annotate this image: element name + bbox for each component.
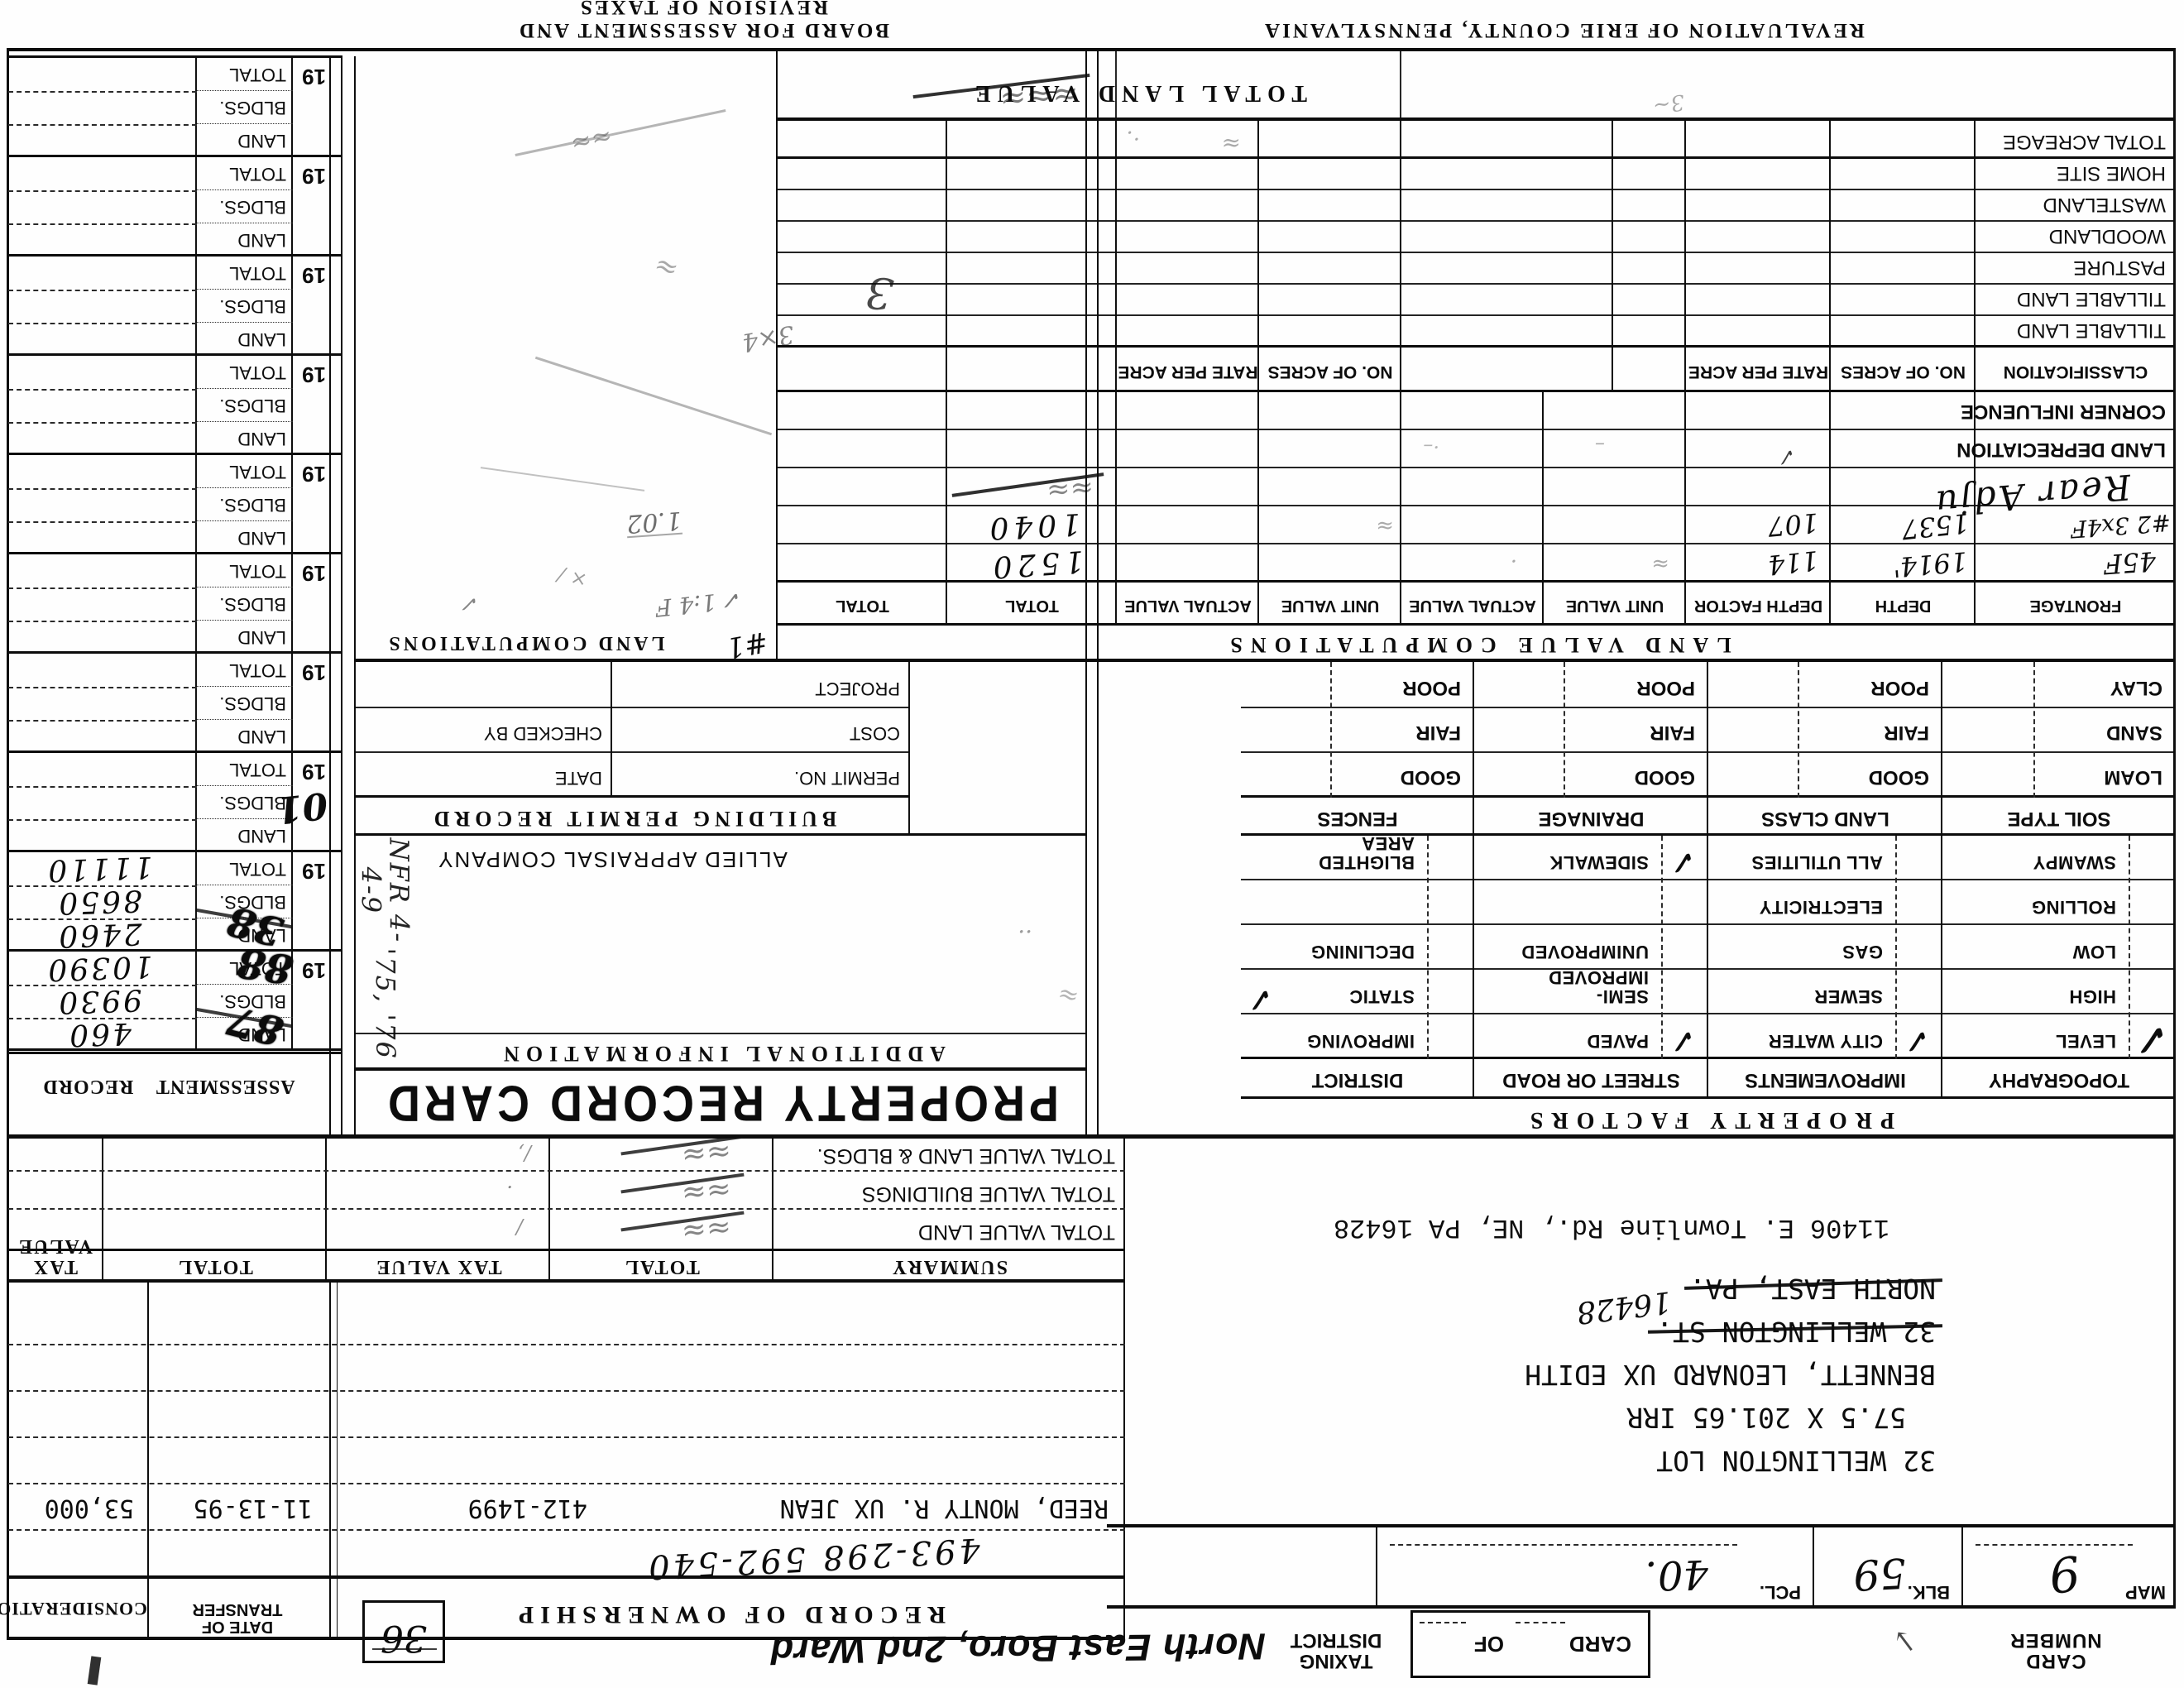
blk-value: 59: [1852, 1551, 1907, 1597]
rule: [7, 50, 9, 1640]
rule: [7, 1249, 1125, 1251]
soil-sub-divider: [1564, 662, 1565, 798]
assessment-value-total: 11110: [16, 850, 182, 887]
factor-option-2-1: GAS: [1842, 942, 1883, 961]
rule: [1115, 392, 1117, 626]
rule: [778, 284, 2176, 285]
assessment-row-label: LAND: [237, 429, 286, 448]
lvc-col-header-2: DEPTH FACTOR: [1686, 597, 1831, 614]
rule: [481, 467, 644, 492]
dashed-rule: [8, 1170, 1125, 1172]
rule: [329, 1283, 331, 1640]
lvc-col-header-3: UNIT VALUE: [1544, 597, 1686, 614]
rule: [1241, 1096, 2176, 1099]
card-number-label: CARD NUMBER: [1985, 1630, 2126, 1671]
rule: [1829, 121, 1831, 392]
soil-sub-divider: [2033, 662, 2035, 798]
rule: [1241, 1014, 2176, 1015]
dashed-rule: [8, 621, 197, 622]
additional-information-title: ADDITIONAL INFORMATION: [356, 1041, 1087, 1066]
dashed-rule: [1976, 1544, 2133, 1546]
permit-left-field-2: PROJECT: [815, 679, 900, 698]
rule: [1241, 795, 2176, 798]
rule: [7, 55, 342, 58]
factor-option-4-1: ALL UTILITIES: [1751, 853, 1883, 872]
dashed-rule: [1390, 1544, 1737, 1546]
assessment-value-land: 460: [16, 1015, 182, 1053]
legal-line-3: BENNETT, LEONARD UX EDITH: [1525, 1360, 1936, 1388]
dashed-rule: [197, 289, 293, 290]
assessment-row-label: TOTAL: [229, 65, 286, 84]
soil-sub-divider: [1798, 662, 1799, 798]
dashed-rule: [8, 223, 197, 225]
summary-col-header-3: TOTAL: [103, 1256, 327, 1277]
dashed-rule: [197, 322, 293, 323]
class-col-header-3: NO. OF ACRES: [1259, 362, 1401, 381]
dashed-rule: [197, 719, 293, 720]
dashed-rule: [197, 686, 293, 687]
soil-cell-1-0: SAND: [2106, 722, 2162, 743]
summary-col-header-4: TAX VALUE: [7, 1235, 103, 1277]
class-col-header-2: RATE PER ACRE: [1686, 362, 1831, 381]
factors-col-header-0: TOPOGRAPHY: [1942, 1070, 2176, 1091]
soil-cell-2-0: CLAY: [2110, 678, 2162, 698]
dashed-rule: [197, 123, 293, 124]
rule: [1813, 1527, 1814, 1609]
assessment-row-label: TOTAL: [229, 264, 286, 283]
factor-option-4-0: SWAMPY: [2033, 853, 2116, 872]
rule: [1829, 392, 1831, 626]
rule: [1257, 121, 1259, 392]
lvc-col-header-6: ACTUAL VALUE: [1117, 597, 1259, 614]
pcl-label: PCL.: [1760, 1583, 1801, 1602]
summary-row-label-2: TOTAL VALUE LAND & BLDGS.: [817, 1145, 1115, 1167]
rule: [1123, 1138, 1125, 1640]
lvc-row0-depth: 1914': [1891, 547, 1968, 581]
rule: [356, 1067, 1087, 1071]
rule: [7, 1279, 1125, 1283]
dashed-rule: [8, 422, 197, 424]
class-col-header-0: CLASSIFICATION: [1976, 362, 2176, 381]
soil-col-header-2: DRAINAGE: [1474, 808, 1708, 829]
assessment-row-label: BLDGS.: [219, 396, 286, 415]
soil-col-header-1: LAND CLASS: [1708, 808, 1942, 829]
class-faint-1: ≈: [1222, 132, 1241, 156]
dashed-rule: [197, 487, 293, 488]
lvc-col-header-4: ACTUAL VALUE: [1401, 597, 1544, 614]
lvc-faint-2: ·: [1511, 549, 1517, 571]
rule: [1085, 50, 1087, 1139]
dashed-rule: [197, 520, 293, 521]
assessment-row-label: BLDGS.: [219, 496, 286, 515]
assessment-row-label: TOTAL: [229, 760, 286, 779]
rule: [1400, 392, 1401, 626]
factor-option-2-2: UNIMPROVED: [1521, 942, 1649, 961]
factor-option-3-1: ELECTRICITY: [1759, 898, 1883, 917]
summary-taxvalue-mark-0: /: [516, 1216, 523, 1237]
dashed-rule: [8, 1529, 1125, 1531]
soil-cell-1-2: FAIR: [1650, 722, 1695, 743]
factor-option-1-2: SEMI- IMPROVED: [1549, 968, 1649, 1006]
assessment-record-title: ASSESSMENT RECORD: [7, 1075, 331, 1097]
map-value: 9: [2047, 1547, 2082, 1599]
rule: [778, 623, 2176, 626]
rule: [7, 1575, 1125, 1579]
rule: [7, 453, 342, 455]
factor-option-2-3: DECLINING: [1311, 942, 1415, 961]
rule: [778, 156, 2176, 159]
class-col-header-4: RATE PER ACRE: [1117, 362, 1259, 381]
lvc-row0-depth-factor: 114: [1766, 545, 1819, 578]
rule: [7, 155, 342, 157]
rule: [1707, 662, 1708, 1099]
rule: [778, 189, 2176, 191]
class-row-label-3: WOODLAND: [2049, 226, 2166, 247]
dashed-rule: [8, 124, 197, 126]
class-row-label-4: WASTELAND: [2043, 194, 2166, 215]
cell-sub-divider: [1427, 836, 1429, 1059]
footer-board-line: BOARD FOR ASSESSMENT AND REVISION OF TAX…: [463, 0, 943, 41]
soil-cell-1-1: FAIR: [1884, 722, 1929, 743]
rule: [1115, 51, 1117, 121]
land-computations-box-title: LAND COMPUTATIONS: [356, 631, 695, 654]
blk-label: BLK.: [1908, 1583, 1950, 1602]
dashed-rule: [8, 687, 197, 688]
rule: [1241, 752, 2176, 754]
cell-sub-divider: [1895, 836, 1897, 1059]
rule: [356, 752, 910, 754]
soil-sub-divider: [1330, 662, 1332, 798]
dashed-rule: [197, 885, 293, 885]
soil-cell-0-3: GOOD: [1401, 767, 1461, 788]
factor-option-4-2: SIDEWALK: [1549, 853, 1649, 872]
soil-col-header-3: FENCES: [1241, 808, 1474, 829]
rule: [1107, 1524, 2176, 1527]
rule: [7, 1052, 342, 1054]
rule: [1400, 51, 1401, 121]
taxing-district-stamp: North East Boro, 2nd Ward: [770, 1624, 1267, 1671]
property-factors-title: PROPERTY FACTORS: [1241, 1106, 2176, 1133]
soil-col-header-0: SOIL TYPE: [1942, 808, 2176, 829]
rule: [1961, 1527, 1963, 1609]
assessment-row-label: BLDGS.: [219, 694, 286, 713]
rule: [611, 662, 612, 798]
assessment-value-bldgs: 8650: [16, 883, 182, 920]
rule: [356, 1033, 1087, 1034]
lvc-col-header-8: TOTAL: [778, 597, 947, 614]
rule: [1241, 969, 2176, 971]
rule: [778, 468, 2176, 469]
rule: [7, 254, 342, 257]
dashed-rule: [8, 1390, 1125, 1392]
summary-col-header-0: SUMMARY: [773, 1256, 1125, 1277]
class-col-header-1: NO. OF ACRES: [1831, 362, 1976, 381]
lvc-row1-total: 1040: [984, 507, 1080, 544]
factors-col-header-1: IMPROVEMENTS: [1708, 1070, 1942, 1091]
rule: [341, 56, 342, 1139]
assessment-empty-year-note: 01: [275, 785, 330, 828]
assessment-row-label: TOTAL: [229, 562, 286, 581]
property-record-card-rotated-180: PROPERTY RECORD CARD PROPERTY FACTORS RE…: [0, 0, 2184, 1688]
rule: [356, 707, 910, 709]
check-mark-paved: ✓: [1670, 1023, 1699, 1057]
summary-row-label-0: TOTAL VALUE LAND: [918, 1221, 1115, 1243]
rule: [7, 750, 342, 753]
rule: [1941, 662, 1942, 1099]
rule: [1974, 121, 1976, 392]
dashed-rule: [8, 1344, 1125, 1345]
map-label: MAP: [2125, 1583, 2166, 1602]
pointer-scribble: ↘: [1890, 1623, 1919, 1658]
stray-ink-mark: [88, 1656, 102, 1685]
ownership-date-header: DATE OF TRANSFER: [151, 1600, 324, 1635]
assessment-row-label: TOTAL: [229, 463, 286, 482]
rule: [1400, 121, 1401, 392]
soil-cell-2-3: POOR: [1402, 678, 1461, 698]
lcb-scribble-3: 3: [864, 268, 896, 316]
rule: [778, 315, 2176, 317]
factor-option-1-0: HIGH: [2069, 987, 2116, 1006]
ownership-row-instrument: 412-1499: [468, 1495, 588, 1522]
dashed-rule: [8, 819, 197, 821]
assessment-row-label: LAND: [237, 330, 286, 349]
dashed-rule: [197, 189, 293, 190]
class-row-label-5: HOME SITE: [2057, 163, 2166, 184]
dashed-rule: [8, 190, 197, 192]
rule: [356, 795, 910, 798]
dashed-rule: [8, 1436, 1125, 1438]
lvc-col-header-5: UNIT VALUE: [1259, 597, 1401, 614]
rule: [778, 390, 2176, 392]
rule: [946, 121, 947, 392]
factor-option-1-3: STATIC: [1349, 987, 1415, 1006]
permit-left-field-1: COST: [850, 724, 900, 743]
lvc-row0-frontage: 45F: [2103, 546, 2157, 578]
lcb-scribble-check: ✓ 1:4 F: [654, 587, 744, 620]
rule: [778, 429, 2176, 431]
assessment-year-prefix: 19: [302, 860, 326, 882]
assessment-year-prefix: 19: [302, 264, 326, 286]
soil-cell-0-2: GOOD: [1635, 767, 1695, 788]
dashed-rule: [197, 90, 293, 91]
card-main-title: PROPERTY RECORD CARD: [356, 1074, 1087, 1133]
assessment-value-total: 10390: [16, 949, 182, 986]
rule: [776, 51, 778, 662]
permit-right-field-0: DATE: [555, 769, 602, 788]
assessment-value-bldgs: 9930: [16, 982, 182, 1019]
rule: [1241, 707, 2176, 709]
lvc-row1-depth-factor: 107: [1767, 508, 1820, 540]
dashed-rule: [197, 620, 293, 621]
legal-line-2: 57.5 X 201.65 IRR: [1626, 1403, 1906, 1431]
assessment-year-prefix: 19: [302, 562, 326, 584]
assessment-year-prefix: 19: [302, 463, 326, 485]
summary-col-header-2: TAX VALUE: [327, 1256, 550, 1277]
check-mark-sidewalk: ✓: [1670, 844, 1699, 878]
lvc-col-header-7: TOTAL: [947, 597, 1117, 614]
rule: [1241, 833, 2176, 836]
rule: [354, 56, 356, 1139]
factors-col-header-2: STREET OR ROAD: [1474, 1070, 1708, 1091]
assessment-year-note: NFR 4-4-9: [357, 824, 412, 957]
dashed-rule: [8, 488, 197, 490]
lvc-col-header-1: DEPTH: [1831, 597, 1976, 614]
factors-col-header-3: DISTRICT: [1241, 1070, 1474, 1091]
factor-option-3-0: ROLLING: [2032, 898, 2117, 917]
rule: [1473, 662, 1474, 1099]
dashed-rule: [1516, 1622, 1565, 1623]
card-of-of-label: OF: [1474, 1633, 1504, 1655]
rule: [778, 117, 2176, 121]
rule: [1107, 1605, 2176, 1609]
permit-left-field-0: PERMIT NO.: [794, 769, 900, 788]
factor-option-0-0: LEVEL: [2056, 1032, 2116, 1051]
factor-option-4-3: BLIGHTED AREA: [1319, 834, 1415, 872]
assessment-row-label: LAND: [237, 529, 286, 548]
legal-line-1: 32 WELLINGTON LOT: [1656, 1446, 1936, 1475]
assessment-row-label: TOTAL: [229, 860, 286, 879]
rule: [372, 1648, 437, 1650]
rule: [1376, 1527, 1377, 1609]
rule: [535, 357, 772, 436]
addl-faint-scribble-2: ··: [1018, 919, 1032, 943]
rule: [946, 392, 947, 626]
assessment-row-label: TOTAL: [229, 661, 286, 680]
rule: [1257, 392, 1259, 626]
rule: [7, 1134, 2176, 1139]
lvc-faint-5: ·–: [1423, 436, 1439, 457]
lvc-faint-3: ≈: [1376, 514, 1394, 536]
soil-cell-2-1: POOR: [1870, 678, 1929, 698]
dashed-rule: [197, 421, 293, 422]
rule: [778, 221, 2176, 223]
retyped-address-line: 11406 E. Townline Rd., NE, PA 16428: [1334, 1213, 1889, 1241]
appraisal-company-line: ALLIED APPRAISAL COMPANY: [381, 846, 844, 872]
rule: [1241, 1057, 2176, 1059]
dashed-rule: [8, 91, 197, 93]
rule: [7, 353, 342, 356]
assessment-year-prefix: 19: [302, 165, 326, 187]
assessment-row-label: BLDGS.: [219, 297, 286, 316]
rule: [778, 252, 2176, 254]
dashed-rule: [8, 786, 197, 788]
rule: [7, 552, 342, 554]
rule: [337, 1283, 338, 1640]
card-of-card-label: CARD: [1569, 1633, 1631, 1655]
assessment-row-label: LAND: [237, 231, 286, 250]
dashed-rule: [8, 323, 197, 324]
class-row-label-0: TILLABLE LAND: [2017, 320, 2166, 341]
rule: [778, 345, 2176, 348]
dashed-rule: [197, 388, 293, 389]
factor-option-0-1: CITY WATER: [1768, 1032, 1883, 1051]
addl-faint-scribble-1: ≈: [1055, 980, 1081, 1010]
dashed-rule: [8, 1208, 1125, 1210]
check-mark-level: ✓: [2136, 1017, 2174, 1062]
class-row-label-1: TILLABLE LAND: [2017, 289, 2166, 309]
assessment-row-label: BLDGS.: [219, 98, 286, 117]
summary-taxvalue-mark-2: /,: [518, 1143, 531, 1163]
dashed-rule: [8, 1483, 1125, 1484]
rule: [147, 1283, 149, 1640]
class-row-label-6: TOTAL ACREAGE: [2003, 132, 2166, 152]
rule: [1241, 924, 2176, 926]
rule: [356, 833, 1087, 836]
footer-revaluation-line: REVALUATION OF ERIE COUNTY, PENNSYLVANIA: [1191, 18, 1936, 41]
rule: [356, 659, 2176, 662]
assessment-year-prefix: 19: [302, 363, 326, 386]
dashed-rule: [8, 720, 197, 722]
rule: [1684, 392, 1686, 626]
lcb-number: #1: [724, 626, 770, 662]
summary-row-label-1: TOTAL VALUE BUILDINGS: [862, 1183, 1115, 1205]
assessment-year-prefix: 19: [302, 661, 326, 683]
rule: [1115, 121, 1117, 392]
rule: [1612, 121, 1613, 392]
corner-influence-label: CORNER INFLUENCE: [1961, 401, 2166, 422]
assessment-row-label: BLDGS.: [219, 198, 286, 217]
permit-right-field-1: CHECKED BY: [484, 724, 602, 743]
lvc-row0-total: 1520: [987, 544, 1085, 583]
ownership-consideration-header: CONSIDERATION: [7, 1599, 147, 1618]
soil-cell-2-2: POOR: [1636, 678, 1695, 698]
rule: [292, 58, 294, 1051]
assessment-row-label: LAND: [237, 132, 286, 151]
building-permit-title: BUILDING PERMIT RECORD: [356, 806, 910, 831]
rule: [7, 48, 2176, 51]
dashed-rule: [8, 389, 197, 391]
assessment-year-prefix: 19: [302, 959, 326, 981]
dashed-rule: [1420, 1622, 1466, 1623]
factor-option-1-1: SEWER: [1814, 987, 1883, 1006]
land-value-computations-title: LAND VALUE COMPUTATIONS: [778, 632, 2176, 657]
check-mark-city-water: ✓: [1904, 1023, 1933, 1057]
assessment-value-land: 2460: [16, 916, 182, 953]
tlv-faint: 3~: [1651, 89, 1686, 116]
lvc-faint-1: ≈: [1651, 552, 1669, 574]
dashed-rule: [197, 785, 293, 786]
assessment-row-label: BLDGS.: [219, 595, 286, 614]
ownership-row-date: 11-13-95: [194, 1495, 314, 1522]
lvc-row1-frontage: #2 3x4F: [2070, 510, 2172, 541]
dashed-rule: [197, 223, 293, 223]
summary-col-header-1: TOTAL: [550, 1256, 773, 1277]
pcl-value: 40.: [1645, 1552, 1709, 1596]
cell-sub-divider: [2129, 836, 2130, 1059]
rule: [1684, 121, 1686, 392]
factor-option-0-3: IMPROVING: [1307, 1032, 1415, 1051]
rule: [7, 651, 342, 654]
rule: [778, 580, 2176, 583]
assessment-row-label: TOTAL: [229, 363, 286, 382]
assessment-year-prefix: 19: [302, 65, 326, 88]
land-depreciation-label: LAND DEPRECIATION: [1956, 439, 2166, 460]
lcb-scribble-x: × /: [556, 563, 589, 590]
dashed-rule: [197, 587, 293, 587]
scanned-document-page: PROPERTY RECORD CARD PROPERTY FACTORS RE…: [0, 0, 2184, 1688]
lcb-scribble-w3: ✓: [462, 592, 480, 614]
assessment-year-note: '75, '76: [371, 938, 399, 1070]
ownership-row-consideration: 53,000: [45, 1495, 134, 1522]
lvc-col-header-0: FRONTAGE: [1976, 597, 2176, 614]
class-faint-2: ·.: [1126, 127, 1140, 149]
assessment-row-label: LAND: [237, 628, 286, 647]
lcb-scribble-w1: ≈: [650, 249, 682, 285]
rule: [1097, 50, 1099, 1139]
rule: [7, 1637, 1125, 1640]
land-depreciation-check: ✓: [1776, 442, 1799, 468]
dashed-rule: [8, 521, 197, 523]
